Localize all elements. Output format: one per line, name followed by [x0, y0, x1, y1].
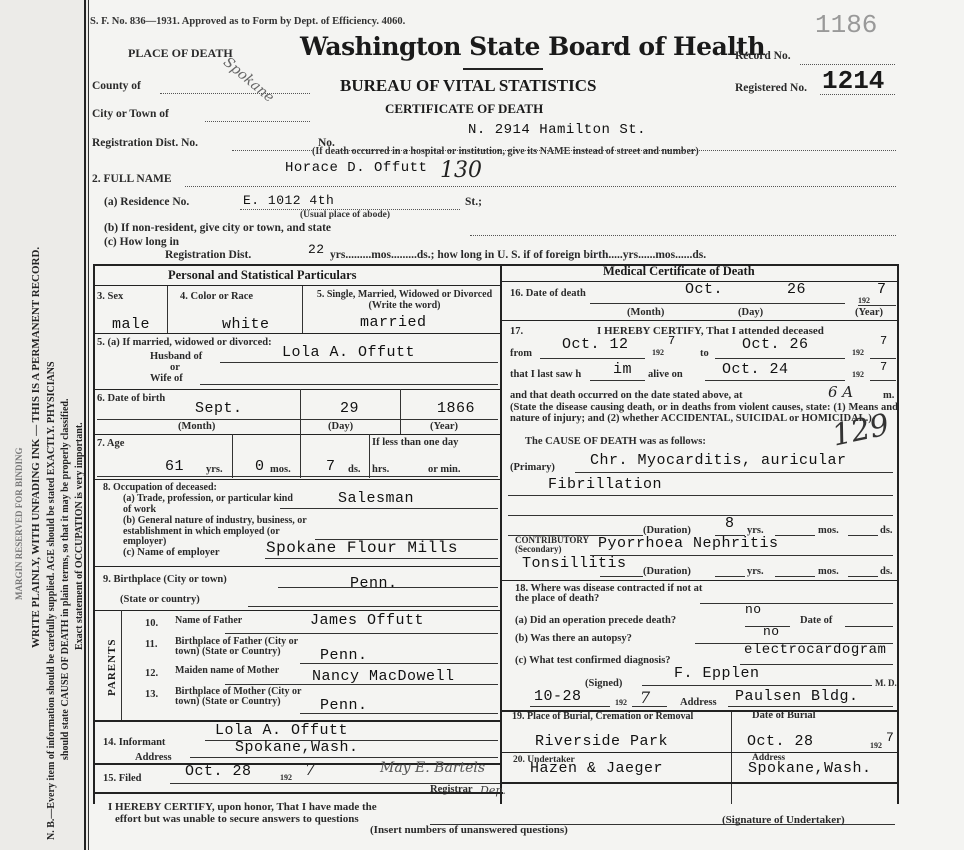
filed-value: Oct. 28 [185, 763, 252, 780]
operation-label: (a) Did an operation precede death? [515, 615, 676, 626]
burial-date-label: Date of Burial [752, 710, 816, 721]
marital-label: 5. Single, Married, Widowed or Divorced … [312, 289, 497, 311]
city-label: City or Town of [92, 108, 169, 120]
primary-value-1: Chr. Myocarditis, auricular [590, 452, 847, 469]
undertaker-signature-label: (Signature of Undertaker) [722, 814, 845, 826]
burial-label: 19. Place of Burial, Cremation or Remova… [512, 712, 732, 722]
contributory-value-2: Tonsillitis [522, 555, 627, 572]
primary-label: (Primary) [510, 462, 555, 473]
registrar-signature: May E. Bartels [380, 760, 485, 776]
dod-month-caption: (Month) [627, 307, 664, 318]
husband-label: Husband of [150, 351, 202, 362]
sign-date: 10-28 [534, 688, 582, 705]
burial-year-prefix: 192 [870, 741, 882, 750]
state-label: (State or country) [120, 594, 200, 605]
from-label: from [510, 348, 532, 359]
filed-year-prefix: 192 [280, 773, 292, 782]
agency-title: Washington State Board of Health [300, 32, 765, 61]
cause-intro: The CAUSE OF DEATH was as follows: [525, 436, 706, 447]
or-label: or [170, 362, 180, 373]
mother-bp-label: Birthplace of Mother (City or town) (Sta… [175, 687, 305, 707]
parents-label: PARENTS [106, 636, 118, 696]
wife-label: Wife of [150, 373, 183, 384]
dob-month-caption: (Month) [178, 421, 215, 432]
handwritten-code-name: 130 [440, 158, 482, 183]
dob-year-caption: (Year) [430, 421, 458, 432]
contributory-value-1: Pyorrhoea Nephritis [598, 535, 779, 552]
dob-label: 6. Date of birth [97, 393, 165, 404]
occ-a-value: Salesman [338, 490, 414, 507]
alive-label: alive on [648, 369, 683, 380]
duration-mos-2: mos. [818, 566, 839, 577]
howlong-label: (c) How long in [104, 236, 179, 248]
mother-bp-value: Penn. [320, 697, 368, 714]
husband-value: Lola A. Offutt [282, 344, 415, 361]
footer-certify-1: I HEREBY CERTIFY, upon honor, That I hav… [108, 801, 377, 813]
duration-yrs-2: yrs. [747, 566, 764, 577]
place-address-value: N. 2914 Hamilton St. [468, 122, 646, 138]
registered-no-label: Registered No. [735, 82, 807, 94]
residence-note: (Usual place of abode) [300, 210, 390, 220]
duration-years: 8 [725, 515, 735, 532]
footer-certify-2: effort but was unable to secure answers … [115, 813, 359, 825]
margin-rule-inner [88, 0, 89, 850]
address-note: (If death occurred in a hospital or inst… [312, 146, 699, 157]
residence-suffix: St.; [465, 196, 482, 208]
sex-label: 3. Sex [97, 291, 123, 302]
father-num: 10. [145, 618, 158, 629]
record-no-label: Record No. [735, 50, 791, 62]
duration-ds: ds. [880, 525, 893, 536]
form-note: S. F. No. 836—1931. Approved as to Form … [90, 16, 405, 27]
informant-address-value: Spokane,Wash. [235, 739, 359, 756]
filed-year: 7 [305, 760, 315, 779]
to-year-prefix: 192 [852, 348, 864, 357]
sex-value: male [112, 316, 150, 333]
stamp-number: 1186 [815, 10, 877, 40]
age-days-unit: ds. [348, 464, 361, 475]
margin-instruction-3: should state CAUSE OF DEATH in plain ter… [60, 399, 71, 761]
occ-c-value: Spokane Flour Mills [266, 539, 458, 557]
informant-label: 14. Informant [103, 737, 165, 748]
to-label: to [700, 348, 709, 359]
sign-year: 7 [640, 688, 650, 707]
reg-dist-label: Registration Dist. No. [92, 137, 198, 149]
md-label: M. D. [875, 678, 897, 688]
dob-year: 1866 [437, 400, 475, 417]
burial-date-value: Oct. 28 [747, 733, 814, 750]
margin-instruction-1: WRITE PLAINLY, WITH UNFADING INK — THIS … [30, 247, 42, 648]
duration-label-2: (Duration) [643, 566, 691, 577]
race-label: 4. Color or Race [180, 291, 253, 302]
registrar-suffix: Dep. [480, 784, 506, 797]
howlong-label-2: Registration Dist. [165, 249, 251, 261]
min-label: or min. [428, 464, 460, 475]
undertaker-address-value: Spokane,Wash. [748, 760, 872, 777]
less-than-day-label: If less than one day [372, 437, 458, 448]
duration-ds-2: ds. [880, 566, 893, 577]
binding-note: MARGIN RESERVED FOR BINDING [14, 448, 24, 600]
death-time-value: 6 A [828, 383, 853, 401]
personal-section-title: Personal and Statistical Particulars [168, 268, 357, 283]
father-bp-label: Birthplace of Father (City or town) (Sta… [175, 637, 305, 657]
age-months-unit: mos. [270, 464, 291, 475]
mother-bp-num: 13. [145, 689, 158, 700]
race-value: white [222, 316, 270, 333]
dod-year: 7 [877, 281, 887, 298]
date-of-label: Date of [800, 615, 832, 626]
sign-address-value: Paulsen Bldg. [735, 688, 859, 705]
residence-label: (a) Residence No. [104, 196, 189, 208]
birthplace-value: Penn. [350, 575, 398, 592]
duration-mos: mos. [818, 525, 839, 536]
full-name-label: 2. FULL NAME [92, 173, 172, 185]
howlong-rest: yrs.........mos.........ds.; how long in… [330, 249, 706, 261]
dod-label: 16. Date of death [510, 288, 586, 299]
mother-num: 12. [145, 668, 158, 679]
alive-year-prefix: 192 [852, 370, 864, 379]
dod-month: Oct. [685, 281, 723, 298]
from-year-prefix: 192 [652, 348, 664, 357]
death-time-label: and that death occurred on the date stat… [510, 390, 743, 401]
mother-label: Maiden name of Mother [175, 666, 285, 676]
footer-insert-note: (Insert numbers of unanswered questions) [370, 824, 568, 836]
where-contracted-label: 18. Where was disease contracted if not … [515, 584, 705, 604]
howlong-years: 22 [308, 242, 325, 257]
margin-instruction-2: N. B.—Every item of information should b… [46, 361, 57, 840]
binding-margin: MARGIN RESERVED FOR BINDING WRITE PLAINL… [0, 0, 88, 850]
title-rule [463, 68, 543, 70]
alive-value: Oct. 24 [722, 361, 789, 378]
sign-address-label: Address [680, 697, 717, 708]
autopsy-label: (b) Was there an autopsy? [515, 633, 632, 644]
full-name-value: Horace D. Offutt [285, 160, 427, 176]
dod-day-caption: (Day) [738, 307, 763, 318]
registered-no-value: 1214 [822, 66, 884, 96]
age-years-unit: yrs. [206, 464, 223, 475]
place-of-death-label: PLACE OF DEATH [128, 46, 233, 61]
age-years: 61 [165, 458, 184, 475]
occ-c-label: (c) Name of employer [123, 547, 220, 558]
dob-day: 29 [340, 400, 359, 417]
informant-value: Lola A. Offutt [215, 722, 348, 739]
operation-value: no [745, 602, 762, 617]
dob-day-caption: (Day) [328, 421, 353, 432]
to-year: 7 [880, 334, 888, 348]
primary-value-2: Fibrillation [548, 476, 662, 493]
contributory-label: CONTRIBUTORY (Secondary) [515, 536, 595, 554]
certify-num: 17. [510, 326, 523, 337]
mother-value: Nancy MacDowell [312, 668, 455, 685]
informant-address-label: Address [135, 752, 172, 763]
occupation-label: 8. Occupation of deceased: [103, 483, 217, 494]
father-bp-value: Penn. [320, 647, 368, 664]
county-label: County of [92, 80, 141, 92]
from-value: Oct. 12 [562, 336, 629, 353]
age-months: 0 [255, 458, 265, 475]
last-saw-value: im [613, 361, 632, 378]
last-saw-label: that I last saw h [510, 369, 581, 380]
burial-value: Riverside Park [535, 733, 668, 750]
alive-year: 7 [880, 360, 888, 374]
signed-label: (Signed) [585, 678, 622, 689]
birthplace-label: 9. Birthplace (City or town) [103, 574, 227, 585]
county-stamp: Spokane [220, 54, 277, 106]
burial-year: 7 [886, 730, 894, 745]
medical-section-title: Medical Certificate of Death [603, 264, 755, 279]
hrs-label: hrs. [372, 464, 389, 475]
signed-value: F. Epplen [674, 665, 760, 682]
autopsy-value: no [763, 624, 780, 639]
test-value: electrocardogram [744, 642, 886, 658]
age-label: 7. Age [97, 438, 124, 449]
father-label: Name of Father [175, 616, 245, 626]
dod-day: 26 [787, 281, 806, 298]
margin-rule [84, 0, 86, 850]
spouse-label: 5. (a) If married, widowed or divorced: [97, 337, 272, 348]
dod-year-caption: (Year) [855, 307, 883, 318]
residence-value: E. 1012 4th [243, 193, 334, 208]
bureau-title: BUREAU OF VITAL STATISTICS [340, 76, 597, 96]
test-label: (c) What test confirmed diagnosis? [515, 655, 671, 666]
certificate-title: CERTIFICATE OF DEATH [385, 101, 543, 117]
nonresident-label: (b) If non-resident, give city or town, … [104, 222, 331, 234]
father-value: James Offutt [310, 612, 424, 629]
filed-label: 15. Filed [103, 773, 142, 784]
marital-value: married [360, 314, 427, 331]
dod-year-prefix: 192 [858, 296, 870, 305]
to-value: Oct. 26 [742, 336, 809, 353]
occ-a-label: (a) Trade, profession, or particular kin… [123, 494, 293, 515]
dob-month: Sept. [195, 400, 243, 417]
father-bp-num: 11. [145, 639, 158, 650]
from-year: 7 [668, 334, 676, 348]
death-time-suffix: m. [883, 390, 894, 401]
undertaker-value: Hazen & Jaeger [530, 760, 663, 777]
sign-year-prefix: 192 [615, 698, 627, 707]
age-days: 7 [326, 458, 336, 475]
